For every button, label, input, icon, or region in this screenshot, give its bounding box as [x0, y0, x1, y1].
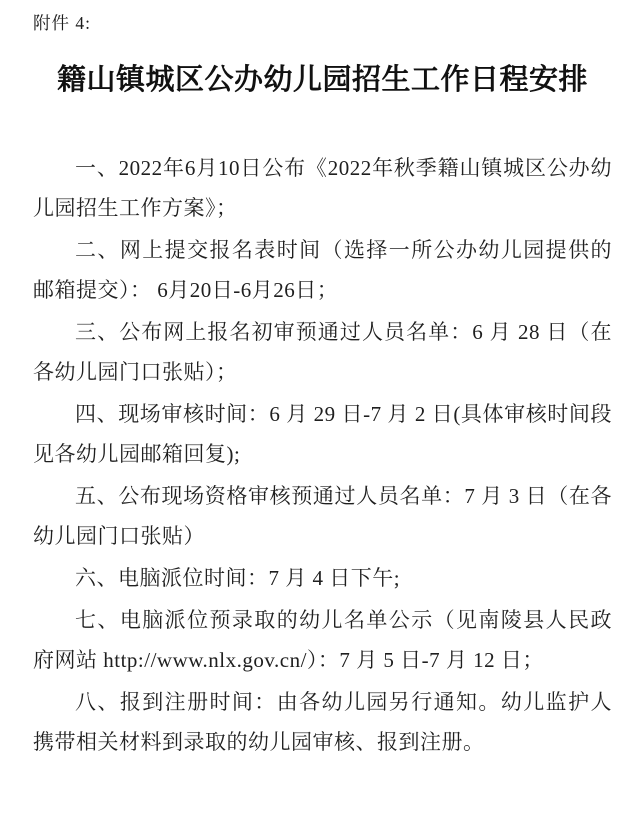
paragraph-5: 五、公布现场资格审核预通过人员名单：7 月 3 日（在各幼儿园门口张贴） — [33, 476, 612, 556]
document-body: 一、2022年6月10日公布《2022年秋季籍山镇城区公办幼儿园招生工作方案》；… — [33, 148, 612, 762]
paragraph-4: 四、现场审核时间：6 月 29 日-7 月 2 日(具体审核时间段见各幼儿园邮箱… — [33, 394, 612, 474]
paragraph-2: 二、网上提交报名表时间（选择一所公办幼儿园提供的邮箱提交）： 6月20日-6月2… — [33, 230, 612, 310]
page-title: 籍山镇城区公办幼儿园招生工作日程安排 — [33, 60, 612, 100]
paragraph-3: 三、公布网上报名初审预通过人员名单：6 月 28 日（在各幼儿园门口张贴）； — [33, 312, 612, 392]
paragraph-1: 一、2022年6月10日公布《2022年秋季籍山镇城区公办幼儿园招生工作方案》； — [33, 148, 612, 228]
attachment-label: 附件 4: — [33, 10, 612, 36]
paragraph-6: 六、电脑派位时间：7 月 4 日下午; — [33, 558, 612, 598]
paragraph-7: 七、电脑派位预录取的幼儿名单公示（见南陵县人民政府网站 http://www.n… — [33, 600, 612, 680]
document-page: 附件 4: 籍山镇城区公办幼儿园招生工作日程安排 一、2022年6月10日公布《… — [0, 0, 644, 818]
document-content: 附件 4: 籍山镇城区公办幼儿园招生工作日程安排 一、2022年6月10日公布《… — [0, 0, 644, 762]
paragraph-8: 八、报到注册时间：由各幼儿园另行通知。幼儿监护人携带相关材料到录取的幼儿园审核、… — [33, 682, 612, 762]
